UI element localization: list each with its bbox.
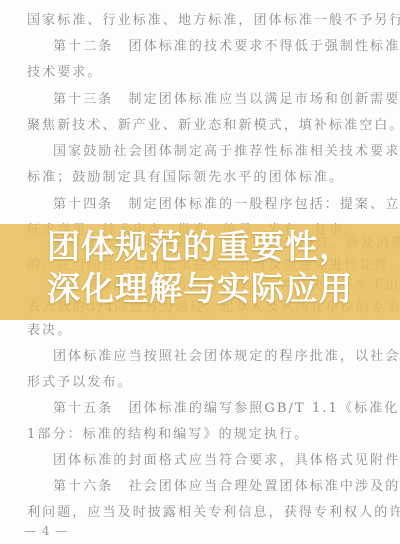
- document-line: 第十二条 团体标准的技术要求不得低于强制性标准的相关: [53, 39, 400, 55]
- document-line: 表决。: [27, 323, 72, 339]
- document-line: 团体标准应当按照社会团体规定的程序批准，以社会团体文件: [53, 349, 400, 365]
- document-line: 1部分：标准的结构和编写》的规定执行。: [27, 427, 309, 443]
- document-line: 形式予以发布。: [27, 375, 133, 391]
- document-line: 聚焦新技术、新产业、新业态和新模式，填补标准空白。: [27, 118, 400, 134]
- document-line: 第十四条 制定团体标准的一般程序包括：提案、立项、起草、: [53, 197, 400, 213]
- document-line: 国家鼓励社会团体制定高于推荐性标准相关技术要求的团体: [53, 144, 400, 160]
- document-line: 第十六条 社会团体应当合理处置团体标准中涉及的必要专: [53, 479, 400, 495]
- document-line: 利问题，应当及时披露相关专利信息，获得专利权人的许可声明。: [27, 505, 400, 521]
- document-line: 标准；鼓励制定具有国际领先水平的团体标准。: [27, 170, 344, 186]
- document-line: 国家标准、行业标准、地方标准，团体标准一般不予另行规定。: [27, 13, 400, 29]
- banner-title: 团体规范的重要性，深化理解与实际应用: [0, 226, 400, 310]
- page-number: — 4 —: [24, 524, 68, 538]
- document-line: 第十五条 团体标准的编写参照GB/T 1.1《标准化工作导则 第: [53, 401, 400, 417]
- document-line: 团体标准的封面格式应当符合要求，具体格式见附件。: [53, 453, 400, 469]
- document-line: 第十三条 制定团体标准应当以满足市场和创新需要为目标，: [53, 92, 400, 108]
- document-line: 技术要求。: [27, 65, 103, 81]
